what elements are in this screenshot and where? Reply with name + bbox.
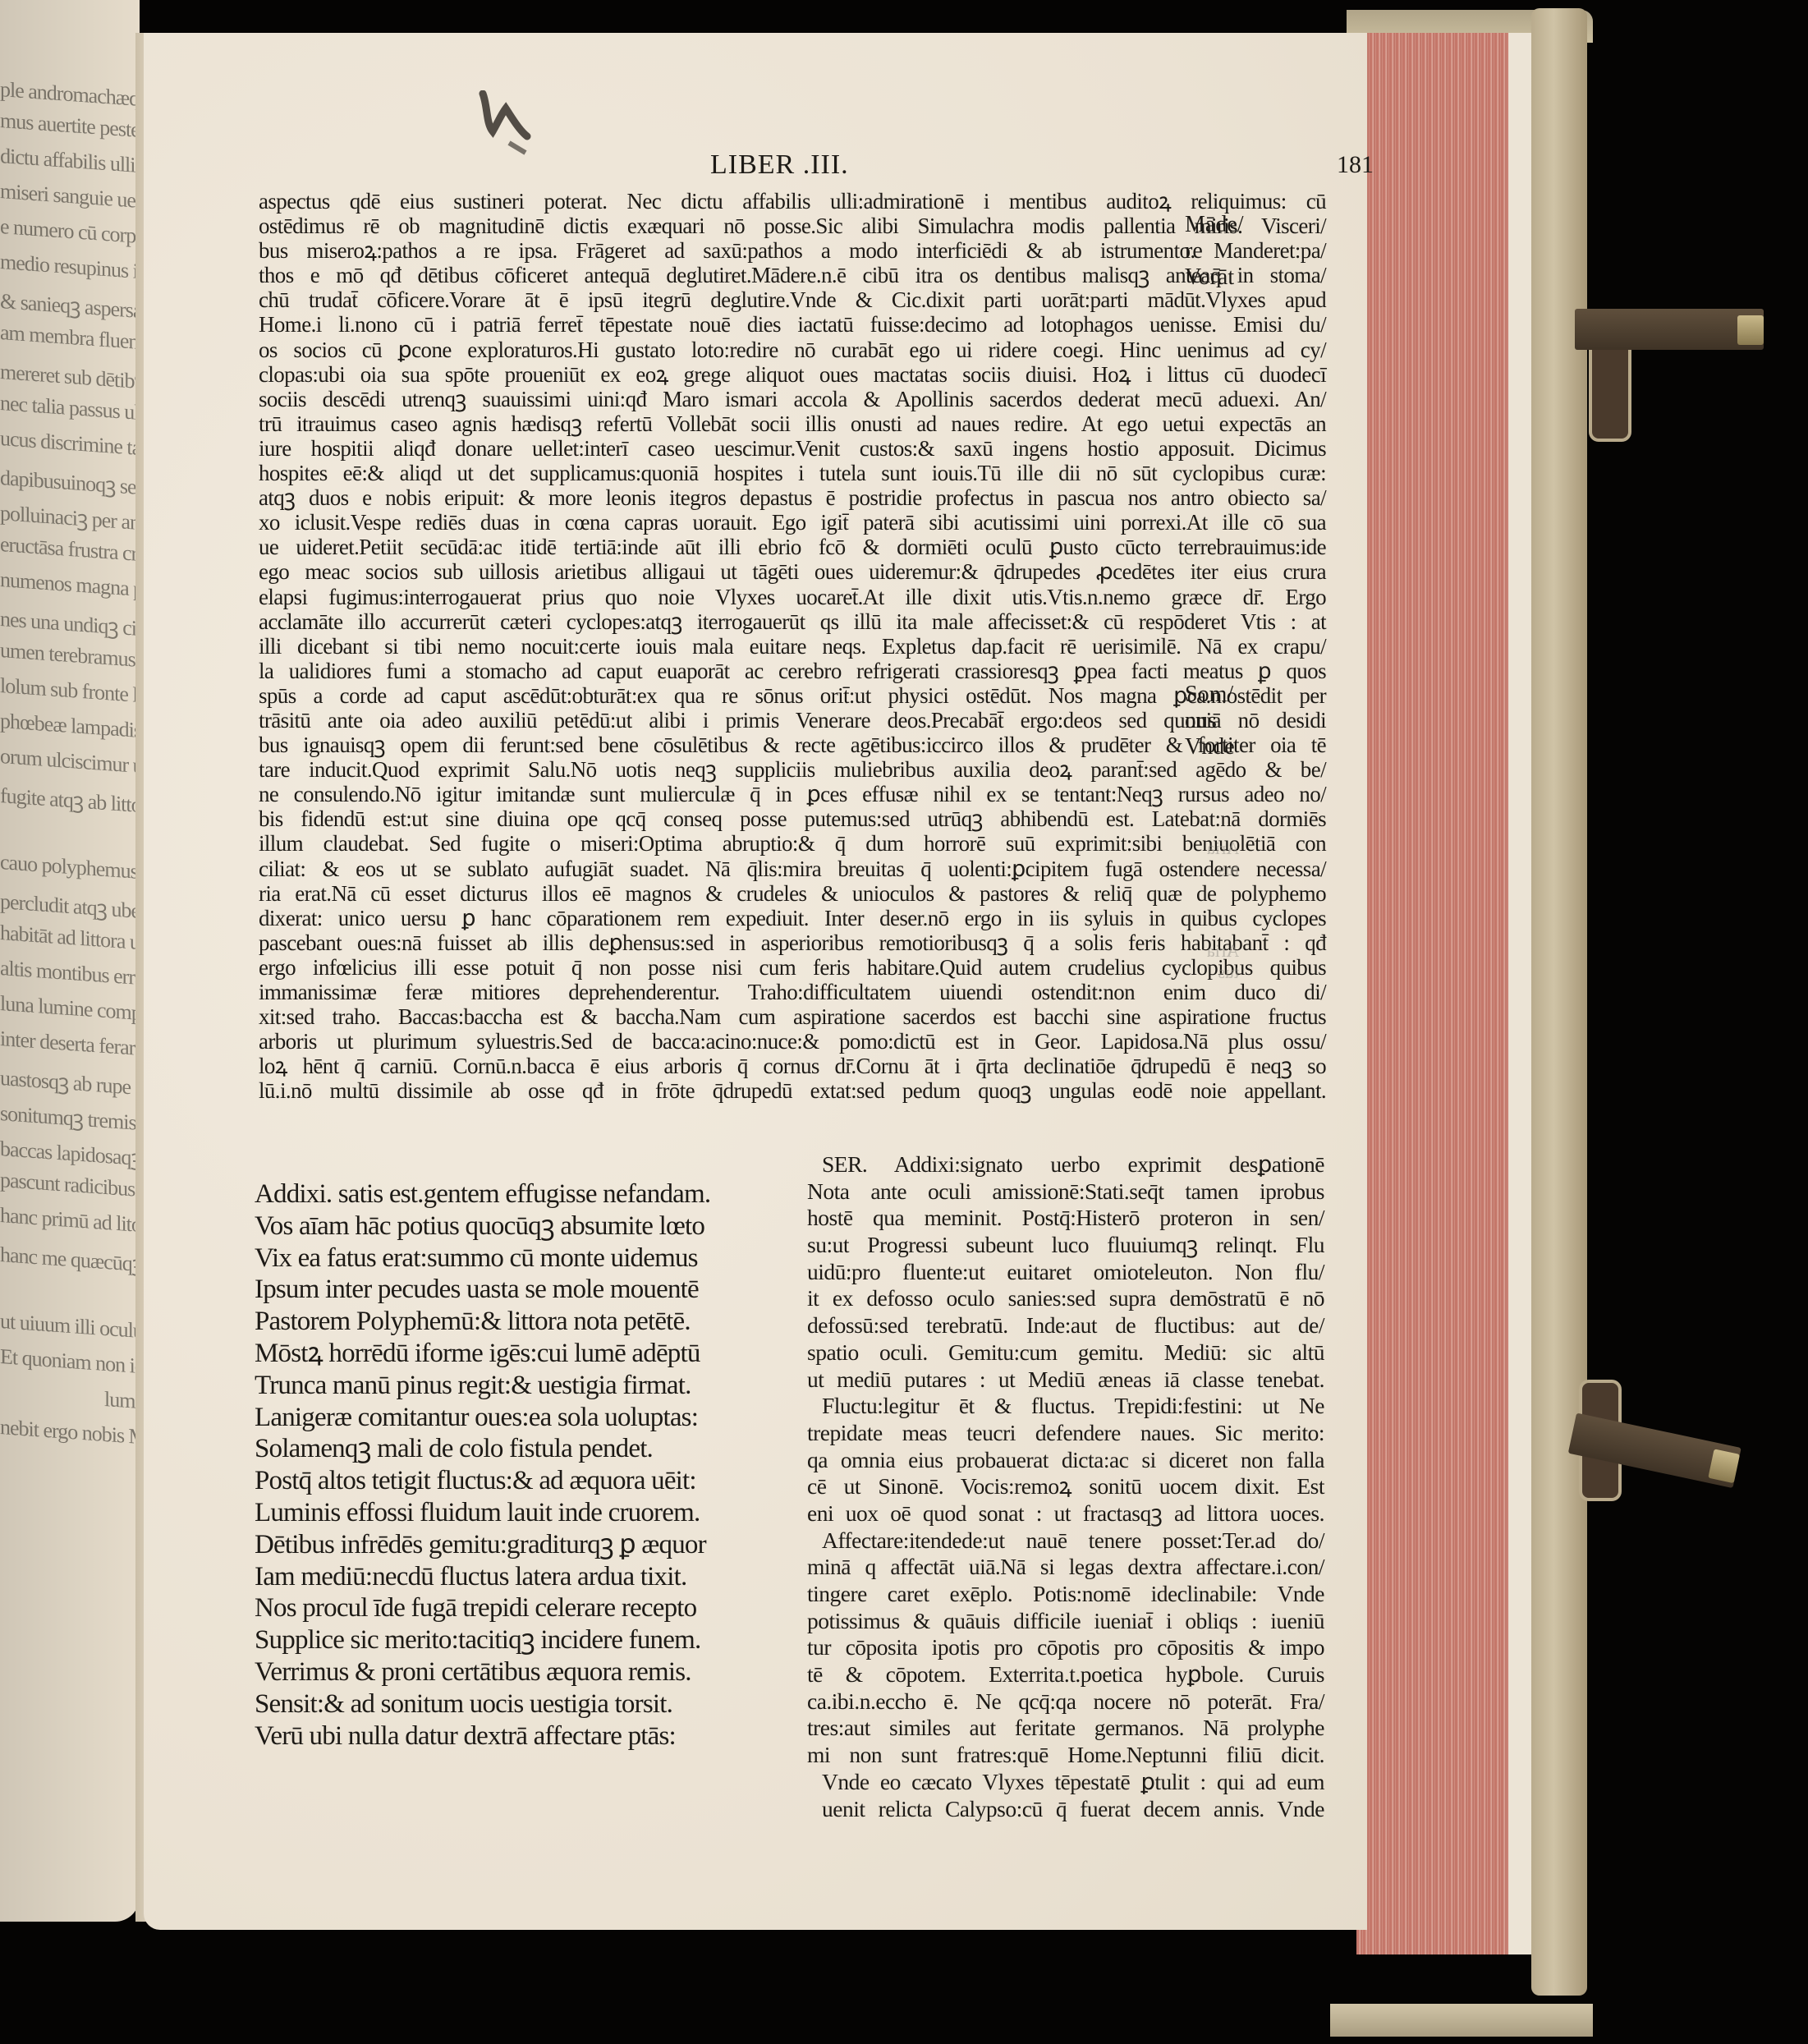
commentary-line: it ex defosso oculo sanies:sed supra dem…	[807, 1285, 1324, 1312]
facing-page-line: orum ulciscimur umbras	[0, 744, 140, 779]
commentary-line: ciliat: & eos ut se sublato aufugiāt sua…	[259, 857, 1326, 881]
facing-page-line: hanc me quæcūqꝫ fuisset	[0, 1238, 140, 1278]
brass-clasp-tip-icon	[1737, 315, 1764, 345]
virgil-verse-column: Addixi. satis est.gentem effugisse nefan…	[255, 1178, 780, 1752]
margin-note: Māde/reVorāt	[1185, 212, 1244, 291]
verse-line: Verū ubi nulla datur dextrā affectare pt…	[255, 1720, 780, 1752]
verse-line: Dētibus infrēdēs gemitu:graditurqꝫ ꝑ æqu…	[255, 1529, 780, 1561]
commentary-line: ut mediū putares : ut Mediū æneas iā cla…	[807, 1366, 1324, 1394]
facing-page-line: percludit atqꝫ ubera pressat	[0, 885, 140, 925]
facing-page-line: nes una undiqꝫ circum	[0, 603, 140, 642]
commentary-line: trāsitū ante oia adeo auxiliū petēdū:ut …	[259, 708, 1326, 733]
facing-page-line: dapibusuinoqꝫ sepultus	[0, 462, 140, 501]
commentary-line: dixerat: unico uersu ꝑ hanc cōparationem…	[259, 906, 1326, 930]
facing-page-line: nec talia passus ulyxes	[0, 391, 140, 425]
commentary-line: Affectare:itendede:ut nauē tenere posset…	[807, 1527, 1324, 1555]
facing-page-line: phœbeæ lampadis instar	[0, 709, 140, 743]
facing-page-line: dictu affabilis ulli.	[0, 144, 140, 178]
running-header: LIBER .III.	[710, 149, 849, 181]
commentary-line: tres:aut similes aut feritate germanos. …	[807, 1715, 1324, 1742]
commentary-line: spatio oculi. Gemitu:cum gemitu. Mediū: …	[807, 1339, 1324, 1366]
commentary-line: sociis descēdi utrenqꝫ suauissimi uini:q…	[259, 387, 1326, 411]
facing-page-line: ucus discrimine tanto	[0, 426, 140, 461]
commentary-line: minā q affectāt uiā.Nā si legas dextra a…	[807, 1554, 1324, 1581]
commentary-line: Home.i li.nono cū i patriā ferret̄ tēpes…	[259, 312, 1326, 337]
commentary-line: ca.ibi.n.eccho ē. Ne qcq̄:qa nocere nō p…	[807, 1688, 1324, 1716]
commentary-line: tare inducit.Quod exprimit Salu.Nō uotis…	[259, 757, 1326, 782]
commentary-line: chū trudat̄ cōficere.Vorare āt ē ipsū it…	[259, 287, 1326, 312]
commentary-line: tē & cōpotem. Exterrita.t.poetica hyꝑbol…	[807, 1661, 1324, 1688]
show-through-margin-note: Ariatus	[1207, 940, 1239, 983]
verse-line: Postq̄ altos tetigit fluctus:& ad æquora…	[255, 1465, 780, 1497]
verse-line: Vos aīam hāc potius quocūqꝫ absumite lœt…	[255, 1210, 780, 1242]
commentary-line: ue uideret.Petiit secūdā:ac itidē tertiā…	[259, 535, 1326, 559]
facing-page-line: pascunt radicibus herbæ	[0, 1168, 140, 1202]
margin-note: Som/nusVnde	[1185, 682, 1235, 760]
commentary-line: lū.i.nō multū dissimile ab osse qđ in fr…	[259, 1078, 1326, 1103]
commentary-block-lower: SER. Addixi:signato uerbo exprimit desꝑa…	[807, 1151, 1324, 1822]
facing-page-line: luna lumine complent	[0, 991, 140, 1026]
commentary-line: xit:sed traho. Baccas:baccha est & bacch…	[259, 1004, 1326, 1029]
facing-page-line: altis montibus errant.	[0, 956, 140, 990]
show-through-margin-note: Ariatus	[1207, 838, 1239, 880]
margin-note-line: Som/	[1185, 682, 1235, 708]
margin-note-line: nus	[1185, 708, 1235, 734]
commentary-line: elapsi fugimus:interrogauerat prius quo …	[259, 585, 1326, 609]
commentary-line: defossū:sed terebratū. Inde:aut de fluct…	[807, 1312, 1324, 1339]
commentary-line: os socios cū ꝑcone exploraturos.Hi gusta…	[259, 338, 1326, 362]
printed-page: LIBER .III. 181 aspectus qdē eius sustin…	[144, 33, 1367, 1930]
facing-page-line: Et quoniam non idem pas	[0, 1344, 140, 1379]
commentary-line: thos e mō qđ dētibus cōficeret antequā d…	[259, 263, 1326, 287]
verse-line: Lanigeræ comitantur oues:ea sola uolupta…	[255, 1402, 780, 1434]
facing-page-line: habitāt ad littora uulgo	[0, 921, 140, 955]
show-through-line: Aria	[1207, 940, 1239, 962]
clasp-strap-upper[interactable]	[1575, 309, 1764, 350]
facing-page-line: eructāsa frustra cruento	[0, 532, 140, 567]
facing-page-line: e numero cū corpora	[0, 214, 140, 249]
brass-clasp-tip-icon	[1708, 1449, 1740, 1483]
commentary-line: hospites eē:& aliqd ut det supplicamus:q…	[259, 461, 1326, 485]
facing-page-line: umen terebramus acuto	[0, 638, 140, 673]
commentary-line: acclamāte illo accurrerūt cæteri cyclope…	[259, 609, 1326, 634]
commentary-block-upper: aspectus qdē eius sustineri poterat. Nec…	[259, 189, 1326, 1103]
margin-note-line: re	[1185, 238, 1244, 264]
commentary-line: uenit relicta Calypso:cū q̄ fuerat decem…	[807, 1796, 1324, 1823]
verse-line: Verrimus & proni certātibus æquora remis…	[255, 1656, 780, 1688]
commentary-line: ria erat.Nā cū esset dicturus illos eē m…	[259, 881, 1326, 906]
facing-page-line: lum.	[0, 1380, 140, 1414]
commentary-line: SER. Addixi:signato uerbo exprimit desꝑa…	[807, 1151, 1324, 1178]
commentary-line: illum claudebat. Sed fugite o miseri:Opt…	[259, 831, 1326, 856]
commentary-line: Vnde eo cæcato Vlyxes tēpestatē ꝑtulit :…	[807, 1769, 1324, 1796]
commentary-line: arboris ut plurimum syluestris.Sed de ba…	[259, 1029, 1326, 1054]
facing-page-line: numenos magna precati	[0, 567, 140, 602]
commentary-line: su:ut Progressi subeunt luco fluuiumqꝫ r…	[807, 1232, 1324, 1259]
verse-line: Supplice sic merito:tacitiqꝫ incidere fu…	[255, 1624, 780, 1656]
commentary-line: spūs a corde ad caput ascēdūt:obturāt:ex…	[259, 683, 1326, 708]
facing-page-line: inter deserta ferarum	[0, 1027, 140, 1061]
commentary-line: xo iclusit.Vespe rediēs duas in cœna cap…	[259, 510, 1326, 535]
verse-line: Solamenqꝫ mali de colo fistula pendet.	[255, 1433, 780, 1465]
commentary-line: Nota ante oculi amissionē:Stati.seq̄t ta…	[807, 1178, 1324, 1206]
commentary-line: eni uox oē quod sonat : ut fractasqꝫ ad …	[807, 1500, 1324, 1527]
margin-note-line: Vnde	[1185, 734, 1235, 760]
verse-line: Vix ea fatus erat:summo cū monte uidemus	[255, 1242, 780, 1275]
facing-page-line: ple andromachæqꝫ pulla	[0, 73, 140, 113]
facing-page-edge: ple andromachæqꝫ pullamus auertite peste…	[0, 0, 140, 1922]
commentary-line: clopas:ubi oia sua spōte proueniūt ex eo…	[259, 362, 1326, 387]
verse-line: Ipsum inter pecudes uasta se mole mouent…	[255, 1274, 780, 1306]
verse-line: Luminis effossi fluidum lauit inde cruor…	[255, 1497, 780, 1529]
facing-page-line: hanc primū ad litora ui	[0, 1203, 140, 1238]
facing-page-line: medio resupinus i antr	[0, 250, 140, 284]
commentary-line: qa omnia eius probauerat dicta:ac si dic…	[807, 1447, 1324, 1474]
verse-line: Mōstꝝ horrēdū iforme igēs:cui lumē adēpt…	[255, 1338, 780, 1370]
commentary-line: potissimus & quāuis difficile iueniat̄ i…	[807, 1608, 1324, 1635]
show-through-line: tus	[1207, 859, 1239, 880]
facing-page-line: miseri sanguie uescit	[0, 179, 140, 214]
commentary-line: ne consulendo.Nō igitur imitandæ sunt mu…	[259, 782, 1326, 806]
commentary-line: pascebant oues:nā fuisset ab illis deꝑhe…	[259, 930, 1326, 955]
facing-page-line: cauo polyphemus in antro	[0, 850, 140, 884]
ink-smudge-icon	[476, 90, 534, 156]
commentary-line: atqꝫ duos e nobis eripuit: & more leonis…	[259, 485, 1326, 510]
commentary-line: la ualidiores fumi a stomacho ad caput e…	[259, 659, 1326, 683]
commentary-line: illi dicebant si tibi nemo nocuit:certe …	[259, 634, 1326, 659]
verse-line: Iam mediū:necdū fluctus latera ardua tix…	[255, 1561, 780, 1593]
verse-line: Trunca manū pinus regit:& uestigia firma…	[255, 1370, 780, 1402]
facing-page-line: nebit ergo nobis Misero	[0, 1415, 140, 1449]
facing-page-line: lolum sub fronte latebat	[0, 673, 140, 708]
commentary-line: bis fidendū est:ut sine diuina ope qcq̄ …	[259, 806, 1326, 831]
commentary-line: immanissimæ feræ mitiores deprehenderent…	[259, 980, 1326, 1004]
commentary-line: bus miseroꝝ:pathos a re ipsa. Frāgeret a…	[259, 238, 1326, 263]
commentary-line: ostēdimus rē ob magnitudinē dictis exæqu…	[259, 214, 1326, 238]
commentary-line: ego meac socios sub uillosis arietibus a…	[259, 559, 1326, 584]
facing-page-line: sonitumqꝫ tremisco. pas	[0, 1097, 140, 1137]
facing-page-line: polluinaciꝫ per antrū	[0, 497, 140, 536]
commentary-line: hostē qua meminit. Postq̄:Histerō proter…	[807, 1205, 1324, 1232]
vellum-binding-spine	[1531, 8, 1587, 1996]
facing-page-line: fugite atqꝫ ab littore	[0, 779, 140, 819]
verse-line: Nos procul īde fugā trepidi celerare rec…	[255, 1592, 780, 1624]
verse-line: Addixi. satis est.gentem effugisse nefan…	[255, 1178, 780, 1210]
commentary-line: trū itrauimus caseo agnis hædisqꝫ refert…	[259, 411, 1326, 436]
facing-page-line: mereret sub dētibꝰ artus	[0, 356, 140, 395]
commentary-line: ergo infœlicius illi esse potuit q̄ non …	[259, 955, 1326, 980]
commentary-line: bus ignauisqꝫ opem dii ferunt:sed bene c…	[259, 733, 1326, 757]
facing-page-line: baccas lapidosaqꝫ corna	[0, 1132, 140, 1172]
commentary-line: loꝝ hēnt q̄ carniū. Cornū.n.bacca ē eius…	[259, 1054, 1326, 1078]
commentary-line: mi non sunt fratres:quē Home.Neptunni fi…	[807, 1742, 1324, 1769]
commentary-line: tur cōposita ipotis pro cōpotis pro cōpo…	[807, 1634, 1324, 1661]
commentary-line: tingere caret exēplo. Potis:nomē ideclin…	[807, 1581, 1324, 1608]
show-through-line: tus	[1207, 962, 1239, 983]
commentary-line: uidū:pro fluente:ut euitaret omioteleuto…	[807, 1259, 1324, 1286]
binding-bottom-edge	[1330, 2004, 1593, 2037]
commentary-line: cē ut Sinonē. Vocis:remoꝝ sonitū uocem d…	[807, 1473, 1324, 1500]
facing-page-line: & sanieqꝫ aspersa natarēt	[0, 285, 140, 324]
verse-line: Sensit:& ad sonitum uocis uestigia torsi…	[255, 1688, 780, 1720]
red-sprinkled-fore-edge	[1356, 33, 1531, 1954]
margin-note-line: Māde/	[1185, 212, 1244, 238]
facing-page-line: mus auertite pestem.	[0, 108, 140, 143]
facing-page-line: ut uiuum illi oculum excæ	[0, 1309, 140, 1344]
margin-note-line: Vorāt	[1185, 264, 1244, 291]
facing-page-line: uastosqꝫ ab rupe cyclo	[0, 1062, 140, 1101]
show-through-line: Aria	[1207, 838, 1239, 859]
commentary-line: trepidate meas teucri defendere naues. S…	[807, 1420, 1324, 1447]
commentary-line: aspectus qdē eius sustineri poterat. Nec…	[259, 189, 1326, 214]
facing-page-line: am membra fluentia tabo	[0, 320, 140, 355]
folio-number: 181	[1337, 151, 1374, 179]
verse-line: Pastorem Polyphemū:& littora nota petētē…	[255, 1306, 780, 1338]
commentary-line: iure hospitii aliqđ donare uellet:interī…	[259, 436, 1326, 461]
commentary-line: Fluctu:legitur ēt & fluctus. Trepidi:fes…	[807, 1393, 1324, 1420]
